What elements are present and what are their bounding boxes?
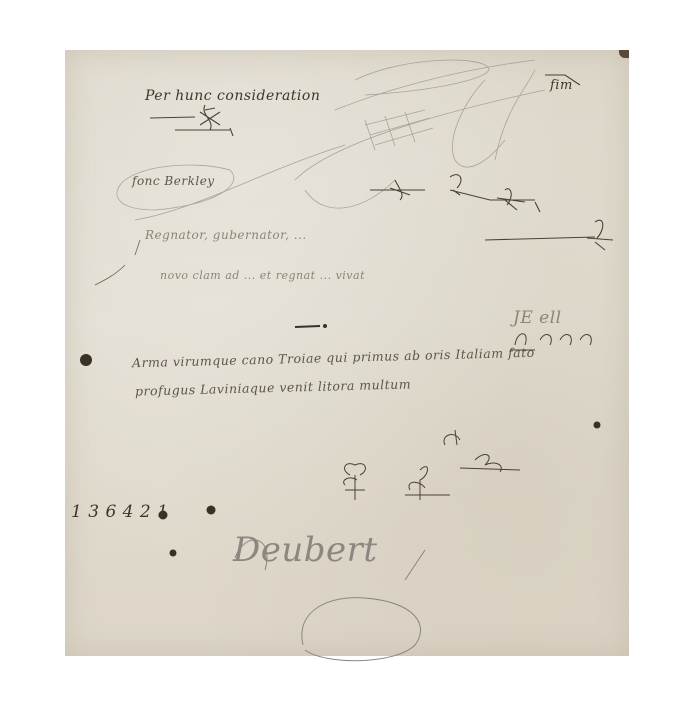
inscription-line-one: Regnator, gubernator, ... [145, 228, 307, 242]
inscription-line-two: novo clam ad ... et regnat ... vivat [160, 269, 365, 282]
inscription-initials: JE ell [513, 308, 562, 328]
manuscript-page: Per hunc consideration fim fonc Berkley … [65, 50, 629, 656]
pencil-signature: Deubert [233, 530, 378, 570]
inscription-top-right: fim [550, 78, 573, 93]
inscription-circled-name: fonc Berkley [132, 174, 215, 188]
date-number: 1 3 6 4 2 1 [71, 502, 168, 522]
inscription-top-line: Per hunc consideration [145, 88, 320, 104]
